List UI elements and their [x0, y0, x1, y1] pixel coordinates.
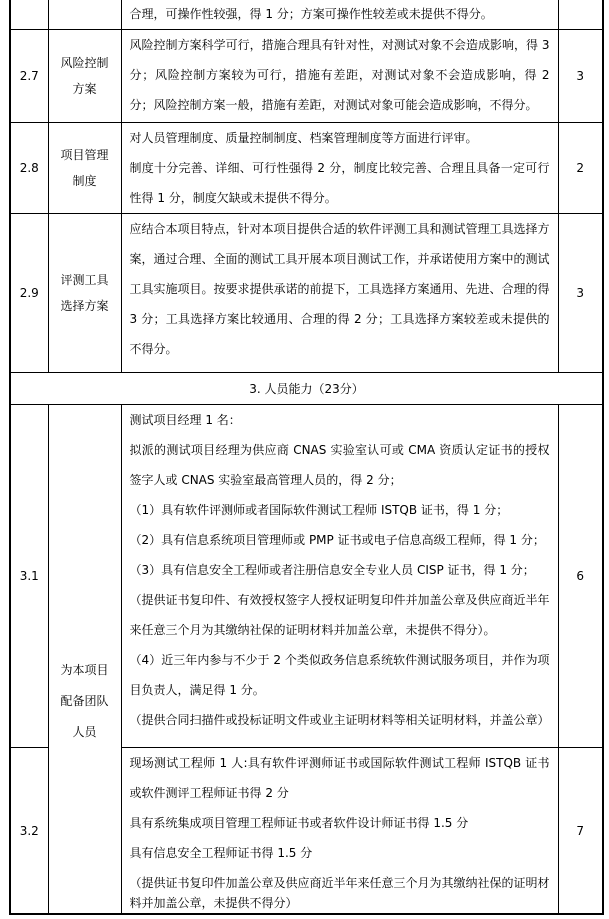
- criterion-text: （提供证书复印件加盖公章及供应商近半年来任意三个月为其缴纳社保的证明材料并加盖公…: [130, 873, 550, 913]
- row-number-cell: 3.1: [10, 405, 48, 748]
- table-row-2-7: 2.7 风险控制 方案 风险控制方案科学可行，措施合理具有针对性，对测试对象不会…: [10, 30, 603, 123]
- criterion-text: 测试项目经理 1 名：: [130, 405, 550, 435]
- table-row-2-8: 2.8 项目管理 制度 对人员管理制度、质量控制制度、档案管理制度等方面进行评审…: [10, 123, 603, 214]
- criterion-text: 拟派的测试项目经理为供应商 CNAS 实验室认可或 CMA 资质认定证书的授权签…: [130, 435, 550, 495]
- criterion-text: 制度十分完善、详细、可行性强得 2 分，制度比较完善、合理且具备一定可行性得 1…: [130, 153, 550, 213]
- category-name-cell: [48, 0, 121, 30]
- table-row-carryover: 合理，可操作性较强，得 1 分；方案可操作性较差或未提供不得分。: [10, 0, 603, 30]
- row-number-cell: 2.7: [10, 30, 48, 123]
- table-row-3-1: 3.1 为本项目 配备团队 人员 测试项目经理 1 名： 拟派的测试项目经理为供…: [10, 405, 603, 748]
- criterion-text: 合理，可操作性较强，得 1 分；方案可操作性较差或未提供不得分。: [130, 0, 550, 29]
- row-number-cell: 2.8: [10, 123, 48, 214]
- criterion-text: 风险控制方案科学可行，措施合理具有针对性，对测试对象不会造成影响，得 3 分；风…: [130, 30, 550, 120]
- criterion-text: （1）具有软件评测师或者国际软件测试工程师 ISTQB 证书，得 1 分；: [130, 495, 550, 525]
- page: 合理，可操作性较强，得 1 分；方案可操作性较差或未提供不得分。 2.7 风险控…: [0, 0, 609, 919]
- table-row-section3-header: 3. 人员能力（23分）: [10, 373, 603, 405]
- score-cell: 3: [558, 30, 603, 123]
- criteria-cell: 应结合本项目特点，针对本项目提供合适的软件评测工具和测试管理工具选择方案，通过合…: [121, 214, 558, 373]
- category-name-cell-team: 为本项目 配备团队 人员: [48, 405, 121, 915]
- row-number-cell: 2.9: [10, 214, 48, 373]
- criterion-text: （提供证书复印件、有效授权签字人授权证明复印件并加盖公章及供应商近半年来任意三个…: [130, 585, 550, 645]
- criterion-text: （4）近三年内参与不少于 2 个类似政务信息系统软件测试服务项目，并作为项目负责…: [130, 645, 550, 705]
- score-cell: 6: [558, 405, 603, 748]
- criterion-text: （2）具有信息系统项目管理师或 PMP 证书或电子信息高级工程师，得 1 分；: [130, 525, 550, 555]
- section-header: 3. 人员能力（23分）: [10, 373, 603, 405]
- criterion-text: 对人员管理制度、质量控制制度、档案管理制度等方面进行评审。: [130, 123, 550, 153]
- criteria-cell: 对人员管理制度、质量控制制度、档案管理制度等方面进行评审。 制度十分完善、详细、…: [121, 123, 558, 214]
- category-name-cell: 评测工具 选择方案: [48, 214, 121, 373]
- category-name-cell: 项目管理 制度: [48, 123, 121, 214]
- score-cell: 7: [558, 748, 603, 915]
- table-row-2-9: 2.9 评测工具 选择方案 应结合本项目特点，针对本项目提供合适的软件评测工具和…: [10, 214, 603, 373]
- score-cell: 2: [558, 123, 603, 214]
- criterion-text: 现场测试工程师 1 人:具有软件评测师证书或国际软件测试工程师 ISTQB 证书…: [130, 748, 550, 808]
- criterion-text: 具有信息安全工程师证书得 1.5 分: [130, 838, 550, 868]
- criterion-text: 应结合本项目特点，针对本项目提供合适的软件评测工具和测试管理工具选择方案，通过合…: [130, 214, 550, 364]
- criteria-cell: 测试项目经理 1 名： 拟派的测试项目经理为供应商 CNAS 实验室认可或 CM…: [121, 405, 558, 748]
- criterion-text: 具有系统集成项目管理工程师证书或者软件设计师证书得 1.5 分: [130, 808, 550, 838]
- criterion-text: （提供合同扫描件或投标证明文件或业主证明材料等相关证明材料，并盖公章）: [130, 705, 550, 735]
- criteria-cell: 风险控制方案科学可行，措施合理具有针对性，对测试对象不会造成影响，得 3 分；风…: [121, 30, 558, 123]
- criteria-cell: 合理，可操作性较强，得 1 分；方案可操作性较差或未提供不得分。: [121, 0, 558, 30]
- row-number-cell: [10, 0, 48, 30]
- criterion-text: （3）具有信息安全工程师或者注册信息安全专业人员 CISP 证书，得 1 分；: [130, 555, 550, 585]
- evaluation-criteria-table: 合理，可操作性较强，得 1 分；方案可操作性较差或未提供不得分。 2.7 风险控…: [9, 0, 604, 915]
- score-cell: 3: [558, 214, 603, 373]
- category-name-cell: 风险控制 方案: [48, 30, 121, 123]
- score-cell: [558, 0, 603, 30]
- criteria-cell: 现场测试工程师 1 人:具有软件评测师证书或国际软件测试工程师 ISTQB 证书…: [121, 748, 558, 915]
- row-number-cell: 3.2: [10, 748, 48, 915]
